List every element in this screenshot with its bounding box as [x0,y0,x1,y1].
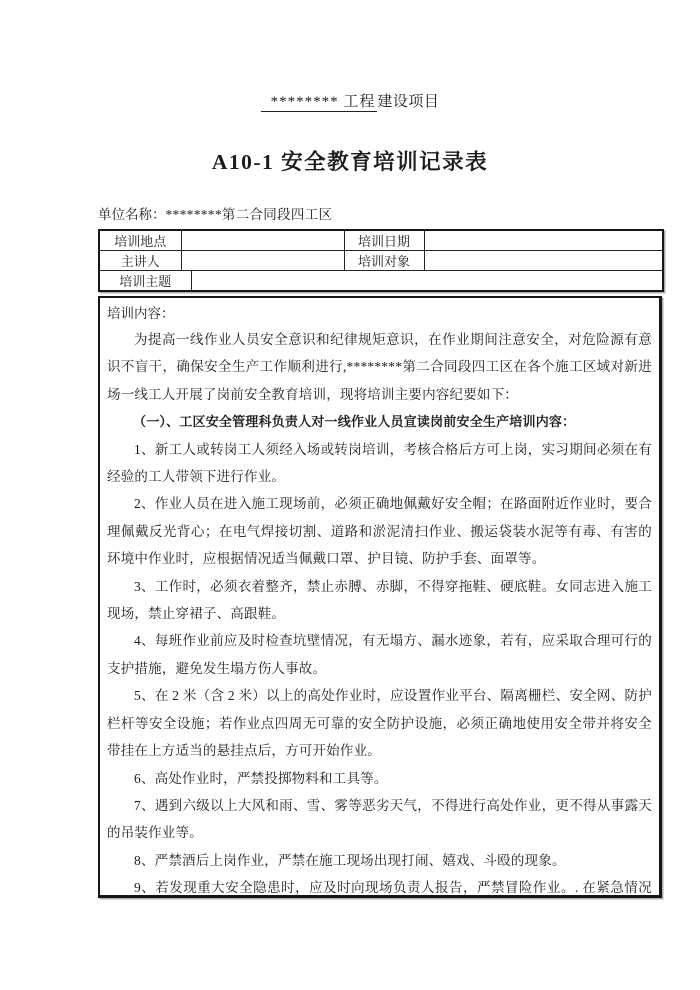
training-content-box: 培训内容： 为提高一线作业人员安全意识和纪律规矩意识，在作业期间注意安全，对危险… [98,296,662,898]
paragraph-item-5: 5、在 2 米（含 2 米）以上的高处作业时，应设置作业平台、隔离栅栏、安全网、… [107,682,652,764]
paragraph-intro: 为提高一线作业人员安全意识和纪律规矩意识，在作业期间注意安全，对危险源有意识不盲… [107,326,652,408]
document-title: A10-1 安全教育培训记录表 [0,145,700,176]
table-row-topic: 培训主题 [99,271,663,292]
unit-name-label: 单位名称： [98,207,166,222]
paragraph-section-heading: （一）、工区安全管理科负责人对一线作业人员宣读岗前安全生产培训内容： [107,408,652,435]
project-header-suffix: 建设项目 [377,94,439,110]
paragraph-item-6: 6、高处作业时，严禁投掷物料和工具等。 [107,765,652,792]
project-name-blank: ******** 工程 [261,94,378,112]
training-location-label: 培训地点 [99,230,181,251]
speaker-label: 主讲人 [99,251,181,271]
paragraph-item-4: 4、每班作业前应及时检查坑壁情况，有无塌方、漏水迹象，若有，应采取合理可行的支护… [107,627,652,682]
unit-name-value: ********第二合同段四工区 [166,207,333,222]
project-header-line: ******** 工程建设项目 [0,0,700,111]
table-row-speaker-audience: 主讲人 培训对象 [99,251,663,271]
training-date-label: 培训日期 [344,230,424,251]
training-topic-label: 培训主题 [99,271,191,292]
paragraph-item-3: 3、工作时，必须衣着整齐，禁止赤膊、赤脚，不得穿拖鞋、硬底鞋。女同志进入施工现场… [107,573,652,628]
speaker-value [181,251,344,271]
paragraph-item-9: 9、若发现重大安全隐患时，应及时向现场负责人报告，严禁冒险作业。. 在紧急情况下… [107,874,652,898]
paragraph-item-2: 2、作业人员在进入施工现场前，必须正确地佩戴好安全帽；在路面附近作业时，要合理佩… [107,490,652,572]
training-content-label: 培训内容： [107,302,652,326]
document-page: ******** 工程建设项目 A10-1 安全教育培训记录表 单位名称：***… [0,0,700,990]
paragraph-item-1: 1、新工人或转岗工人须经入场或转岗培训，考核合格后方可上岗，实习期间必须在有经验… [107,436,652,491]
training-audience-label: 培训对象 [344,251,424,271]
training-date-value [424,230,663,251]
paragraph-item-7: 7、遇到六级以上大风和雨、雪、雾等恶劣天气，不得进行高处作业，更不得从事露天的吊… [107,792,652,847]
table-row-location-date: 培训地点 培训日期 [99,230,663,251]
paragraph-item-8: 8、严禁酒后上岗作业，严禁在施工现场出现打闹、嬉戏、斗殴的现象。 [107,847,652,874]
unit-name-line: 单位名称：********第二合同段四工区 [98,203,700,223]
training-audience-value [424,251,663,271]
training-location-value [181,230,344,251]
training-info-table: 培训地点 培训日期 主讲人 培训对象 培训主题 [98,229,664,292]
training-topic-value [191,271,663,292]
